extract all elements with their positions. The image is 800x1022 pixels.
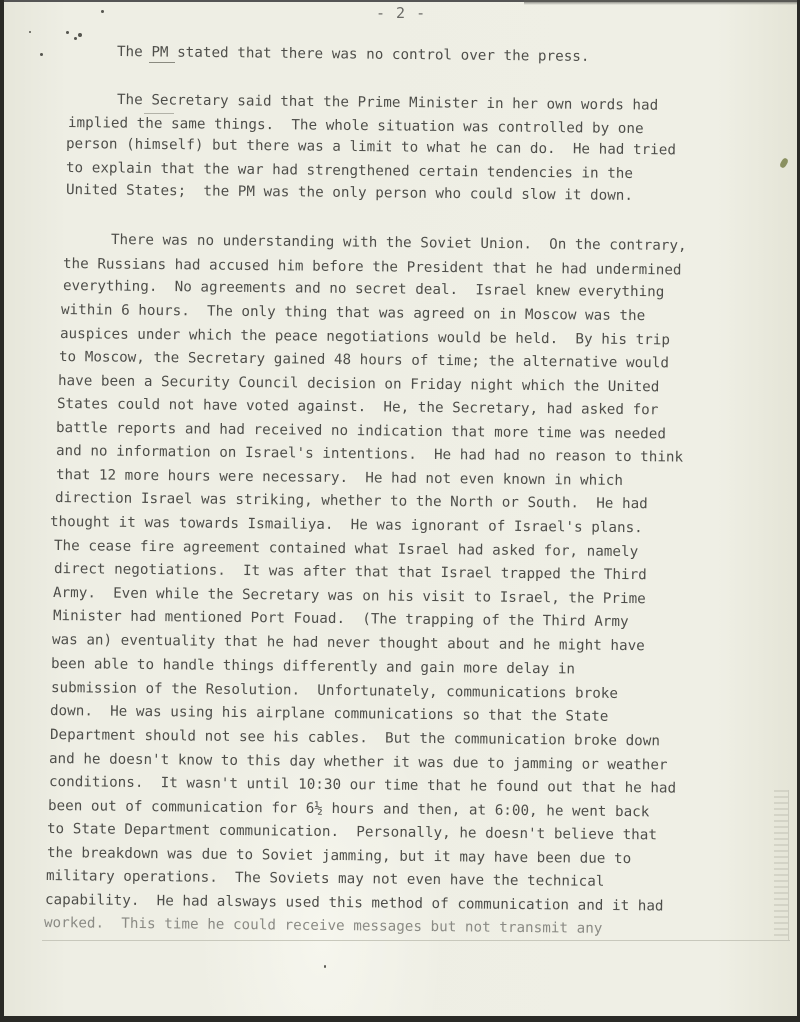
speck: [74, 37, 77, 40]
bottom-rule: [42, 940, 790, 941]
text-line: everything. No agreements and no secret …: [63, 278, 665, 300]
document-page: - 2 - The PM stated that there was no co…: [4, 0, 797, 1016]
text-line: been able to handle things differently a…: [51, 656, 575, 677]
speck: [66, 31, 69, 34]
text-line: The cease fire agreement contained what …: [54, 538, 638, 560]
text-line: been out of communication for 6½ hours a…: [48, 798, 650, 820]
text-line: have been a Security Council decision on…: [58, 373, 660, 395]
underline-mark: [149, 62, 175, 63]
margin-mark: [779, 157, 789, 169]
text-line: battle reports and had received no indic…: [56, 420, 666, 442]
text-line: capability. He had alsways used this met…: [45, 892, 664, 914]
text-line: Minister had mentioned Port Fouad. (The …: [53, 608, 629, 630]
text-line: The Secretary said that the Prime Minist…: [117, 92, 658, 114]
text-line: military operations. The Soviets may not…: [46, 868, 605, 890]
speck: [40, 53, 43, 56]
text-line: worked. This time he could receive messa…: [44, 915, 603, 937]
text-line: United States; the PM was the only perso…: [66, 182, 633, 204]
text-line: to explain that the war had strengthened…: [66, 160, 633, 182]
text-line: within 6 hours. The only thing that was …: [61, 302, 645, 324]
text-line: and no information on Israel's intention…: [56, 443, 683, 466]
text-line: the breakdown was due to Soviet jamming,…: [47, 845, 631, 867]
text-line: and he doesn't know to this day whether …: [49, 751, 668, 773]
text-line: The PM stated that there was no control …: [117, 44, 590, 65]
page-number: - 2 -: [376, 4, 426, 22]
text-line: to Moscow, the Secretary gained 48 hours…: [59, 349, 669, 371]
text-line: thought it was towards Ismailiya. He was…: [50, 514, 643, 536]
text-line: direction Israel was striking, whether t…: [55, 490, 648, 512]
text-line: auspices under which the peace negotiati…: [60, 326, 670, 348]
right-margin-annotation: [774, 790, 789, 940]
text-line: that 12 more hours were necessary. He ha…: [56, 467, 623, 489]
text-line: conditions. It wasn't until 10:30 our ti…: [49, 774, 676, 797]
text-line: person (himself) but there was a limit t…: [66, 136, 676, 158]
text-line: the Russians had accused him before the …: [63, 256, 682, 278]
text-line: Army. Even while the Secretary was on hi…: [53, 585, 646, 607]
speck: [29, 31, 31, 33]
text-line: direct negotiations. It was after that t…: [54, 561, 647, 583]
text-line: There was no understanding with the Sovi…: [111, 232, 687, 254]
speck: [78, 33, 82, 37]
text-line: States could not have voted against. He,…: [57, 396, 659, 418]
scan-top-edge: [524, 0, 797, 5]
speck: [101, 10, 104, 13]
text-line: Department should not see his cables. Bu…: [50, 727, 660, 749]
text-line: down. He was using his airplane communic…: [50, 703, 609, 725]
speck: [324, 965, 326, 968]
text-line: submission of the Resolution. Unfortunat…: [51, 680, 618, 702]
text-line: implied the same things. The whole situa…: [68, 115, 644, 137]
underline-mark: [144, 113, 174, 114]
text-line: was an) eventuality that he had never th…: [52, 632, 645, 654]
text-line: to State Department communication. Perso…: [47, 821, 657, 843]
